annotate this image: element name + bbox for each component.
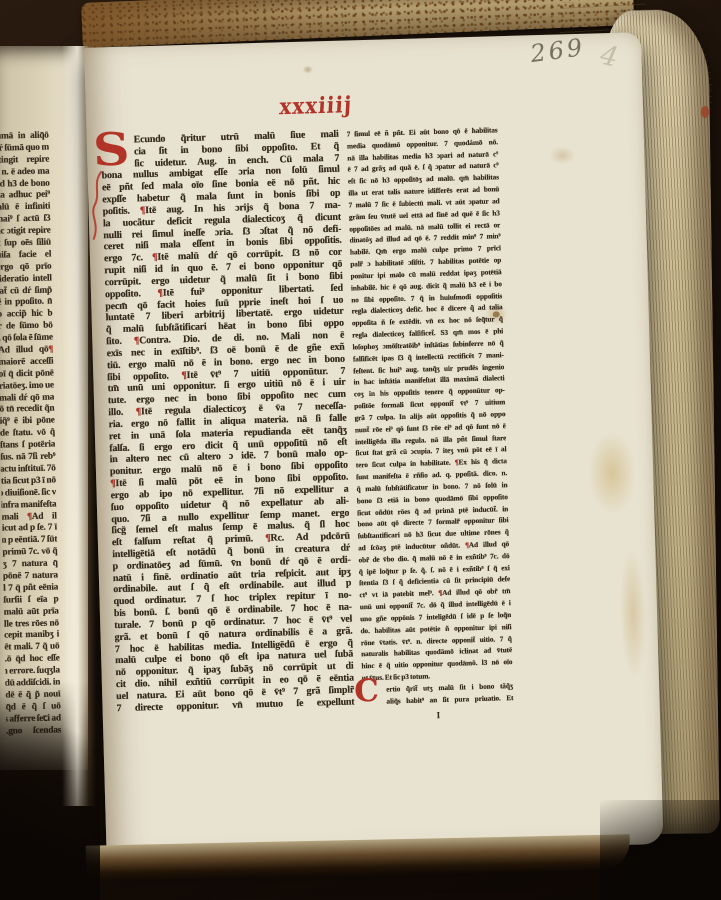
text-line: l. n. ē adeo ma <box>0 165 50 178</box>
text-line: ſūmā in aliq̄ō <box>0 130 49 143</box>
signature-mark: I <box>363 709 514 723</box>
handwritten-flourish: 4 <box>597 40 620 74</box>
text-line: o diuiſionē. ſic v <box>1 486 56 499</box>
text-line: ſurſii ſ eīa p <box>3 593 58 606</box>
text-line: pōnē 7 natura <box>3 569 58 582</box>
pilcrow-mark: ¶ <box>27 511 32 521</box>
text-column-1: Ecundo q̃ritur utrū malū ſiue malicia ſi… <box>101 129 355 715</box>
pilcrow-mark: ¶ <box>152 252 158 263</box>
pilcrow-mark: ¶ <box>465 540 469 549</box>
text-line: actu inſtituī. 7ō <box>1 462 56 475</box>
text-line: tia ſicut p3 ī nō <box>1 474 56 487</box>
handwritten-page-number: 269 <box>529 33 587 68</box>
text-line: ɔtingit repire <box>0 153 49 166</box>
text-line: ¶Ad illud qō <box>0 344 53 357</box>
pilcrow-mark: ¶ <box>134 335 140 346</box>
printed-text-block: xxxiiij S Ecundo q̃ritur utrū malū ſiue … <box>99 120 654 755</box>
text-line: ergo qō prīo <box>0 260 52 273</box>
text-line: x ſup oēs ſiliū <box>0 237 51 250</box>
text-line: maiorē acceſſi <box>0 355 54 368</box>
text-line: ſus. nā 7ſi reb⁹ <box>0 450 55 463</box>
text-line: l 7 q̄ pñt eēnia <box>3 581 58 594</box>
text-line: infra manifeſta <box>1 498 56 511</box>
pilcrow-mark: ¶ <box>265 533 271 544</box>
pilcrow-mark: ¶ <box>110 478 116 489</box>
folio-heading: xxxiiij <box>235 90 397 121</box>
text-column-2: 7 ſimul eē ñ pñt. Ei aūt bono qō ē habil… <box>346 124 513 708</box>
pilcrow-mark: ¶ <box>455 458 459 467</box>
book-photograph: ſūmā in aliq̄ōdŕ ſūmā quo mɔtingit repir… <box>0 0 721 900</box>
right-page: 269 4 xxxiiij S Ecundo q̃ritur utrū malū… <box>84 32 663 859</box>
pilcrow-mark: ¶ <box>157 287 163 298</box>
text-line: riatōeʒ. imo ue <box>0 379 54 392</box>
bottom-right-shadow <box>600 800 721 900</box>
pilcrow-mark: ¶ <box>136 406 142 417</box>
pilcrow-mark: ¶ <box>181 370 187 381</box>
text-line: uiſa facie el <box>0 248 51 261</box>
text-line: ſideratio intell <box>0 272 52 285</box>
rubricated-initial-C: C <box>354 678 379 705</box>
pilcrow-mark: ¶ <box>140 205 146 216</box>
text-line: oī q̄ dicit pōnē <box>0 367 54 380</box>
text-line: dŕ ſūmā quo m <box>0 141 49 154</box>
text-line: ʒ 7 natura q̄ <box>3 557 58 570</box>
pilcrow-mark: ¶ <box>438 588 442 597</box>
pilcrow-mark: ¶ <box>48 345 53 355</box>
bottom-left-shadow <box>0 690 100 900</box>
small-stain <box>303 65 313 73</box>
text-line: malū aūt prīa <box>4 605 59 618</box>
fore-edge-red-mark <box>701 106 709 118</box>
left-page-text-fragments: ſūmā in aliq̄ōdŕ ſūmā quo mɔtingit repir… <box>0 129 64 742</box>
